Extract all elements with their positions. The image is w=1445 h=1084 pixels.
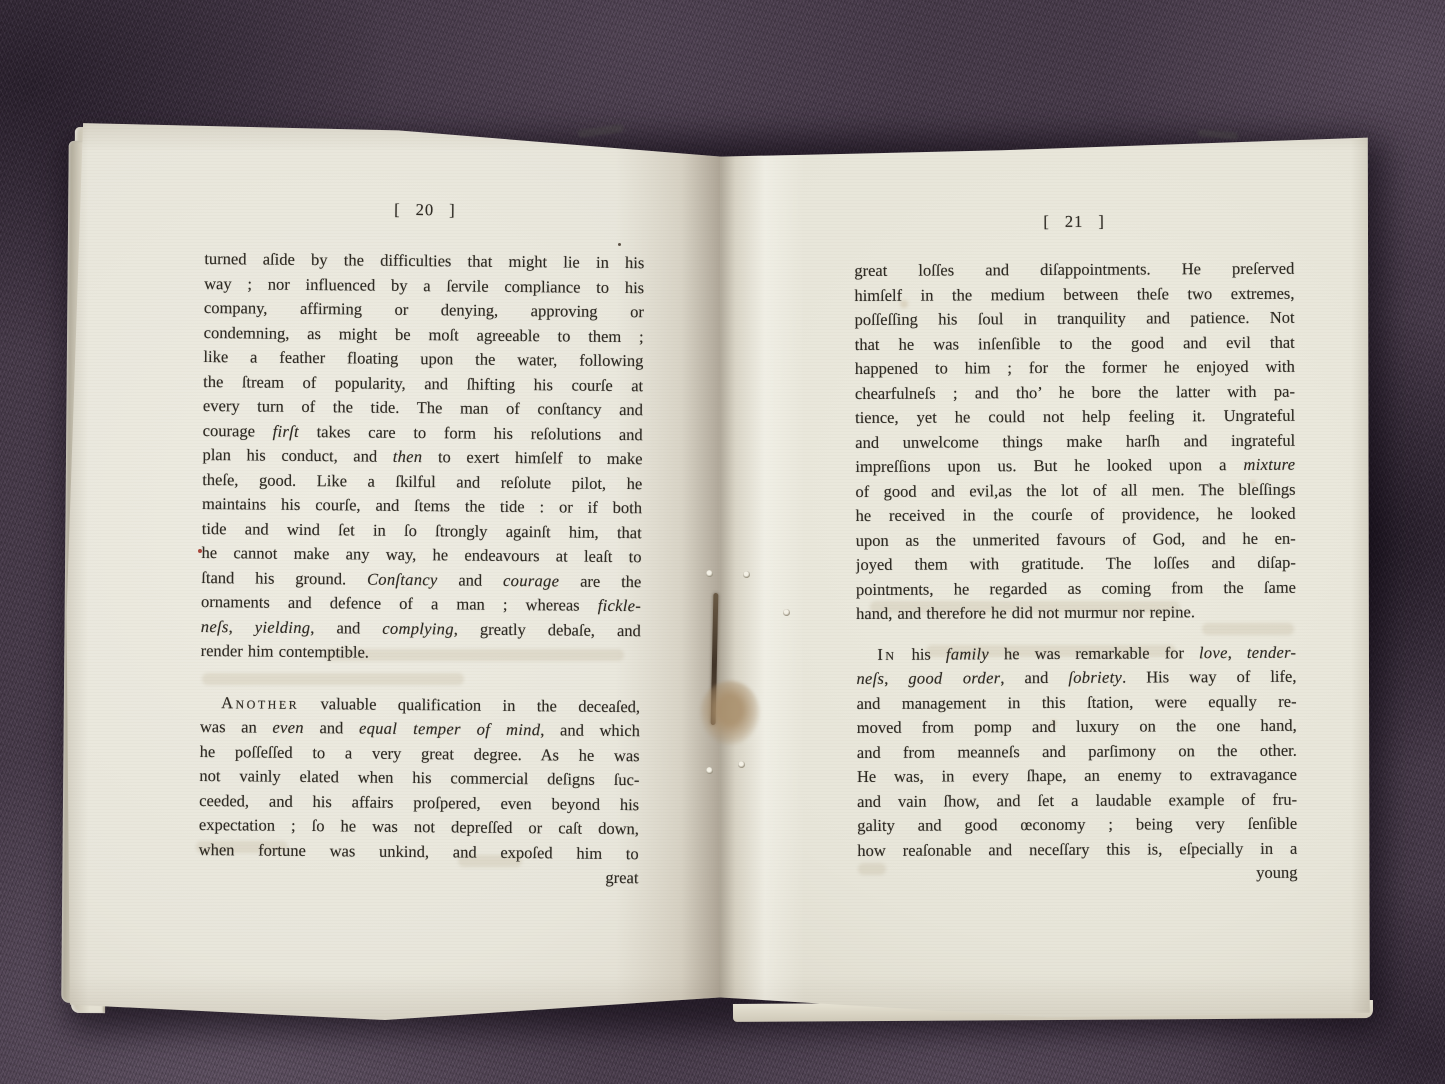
close-bracket: ] (1098, 209, 1105, 235)
right-page-text: [ 21 ] great loſſes and diſappointments.… (854, 208, 1298, 888)
sewing-hole (743, 571, 750, 578)
text-line: great loſſes and diſappointments. He pre… (854, 257, 1294, 284)
text-line: render him contemptible. (201, 639, 641, 668)
left-page-text: [ 20 ] turned aſide by the difficulties … (198, 195, 645, 891)
open-book: [ 20 ] turned aſide by the difficulties … (62, 115, 1377, 1020)
text-line: like a feather floating upon the water, … (203, 345, 643, 374)
text-line: happened to him ; for the former he enjo… (855, 355, 1295, 382)
text-line: impreſſions upon us. But he looked upon … (855, 453, 1295, 480)
text-line: not vainly elated when his commercial de… (199, 764, 639, 793)
text-line: joyed them with gratitude. The loſſes an… (856, 551, 1296, 578)
sewing-hole (738, 761, 745, 768)
thread-tuft (700, 681, 760, 745)
text-line: he cannot make any way, he endeavours at… (201, 541, 641, 570)
text-line: every turn of the tide. The man of conſt… (203, 394, 643, 423)
text-line: gality and good œconomy ; being very ſen… (857, 812, 1297, 839)
text-line: ornaments and defence of a man ; whereas… (201, 590, 641, 619)
paragraph: great loſſes and diſappointments. He pre… (854, 257, 1296, 627)
text-line: In his family he was remarkable for love… (856, 640, 1296, 667)
sewing-hole (706, 570, 713, 577)
text-line: expectation ; ſo he was not depreſſed or… (199, 813, 639, 842)
text-line: and vain ſhow, and ſet a laudable exampl… (857, 787, 1297, 814)
photo-of-open-book: { "colors":{ "velvet_background":"#483b4… (0, 0, 1445, 1084)
text-line: neſs, good order, and ſobriety. His way … (856, 665, 1296, 692)
close-bracket: ] (449, 197, 456, 223)
open-bracket: [ (394, 197, 401, 223)
text-line: maintains his courſe, and ſtems the tide… (202, 492, 642, 521)
text-line: hand, and therefore he did not murmur no… (856, 600, 1296, 627)
left-page-number: 20 (415, 197, 434, 223)
left-page-header: [ 20 ] (205, 195, 645, 225)
paragraph: Another valuable qualification in the de… (199, 690, 641, 866)
text-line: tience, yet he could not help feeling it… (855, 404, 1295, 431)
text-line: plan his conduct, and then to exert himſ… (202, 443, 642, 472)
text-line: company, affirming or denying, approving… (204, 296, 644, 325)
text-line: himſelf in the medium between theſe two … (854, 281, 1294, 308)
text-line: when fortune was unkind, and expoſed him… (199, 837, 639, 866)
right-page-paragraphs: great loſſes and diſappointments. He pre… (854, 257, 1297, 863)
ink-speck (198, 549, 202, 553)
text-line: and management in this ſtation, were equ… (857, 689, 1297, 716)
text-line: chearfulneſs ; and tho’ he bore the latt… (855, 379, 1295, 406)
text-line: how reaſonable and neceſſary this is, eſ… (857, 836, 1297, 863)
text-line: he received in the courſe of providence,… (856, 502, 1296, 529)
text-line: upon as the unmerited favours of God, an… (856, 526, 1296, 553)
pencil-smudge (578, 124, 625, 138)
paragraph: turned aſide by the difficulties that mi… (201, 247, 645, 668)
text-line: pointments, he regarded as coming from t… (856, 575, 1296, 602)
text-line: was an even and equal temper of mind, an… (200, 715, 640, 744)
paragraph: In his family he was remarkable for love… (856, 640, 1297, 863)
text-line: poſſeſſing his ſoul in tranquility and p… (855, 306, 1295, 333)
left-page-paragraphs: turned aſide by the difficulties that mi… (199, 247, 645, 866)
text-line: and from meanneſs and parſimony on the o… (857, 738, 1297, 765)
catchword: young (857, 861, 1297, 888)
catchword: great (198, 862, 638, 891)
right-page-header: [ 21 ] (854, 208, 1294, 236)
text-line: He was, in every ſhape, an enemy to extr… (857, 763, 1297, 790)
right-page-number: 21 (1065, 209, 1084, 235)
open-bracket: [ (1043, 209, 1050, 235)
text-line: turned aſide by the difficulties that mi… (204, 247, 644, 276)
text-line: that he was inſenſible to the good and e… (855, 330, 1295, 357)
sewing-hole (783, 609, 790, 616)
sewing-hole (706, 767, 713, 774)
text-line: moved from pomp and luxury on the one ha… (857, 714, 1297, 741)
ink-speck (618, 243, 621, 246)
text-line: of good and evil,as the lot of all men. … (855, 477, 1295, 504)
text-line: and unwelcome things make harſh and ingr… (855, 428, 1295, 455)
